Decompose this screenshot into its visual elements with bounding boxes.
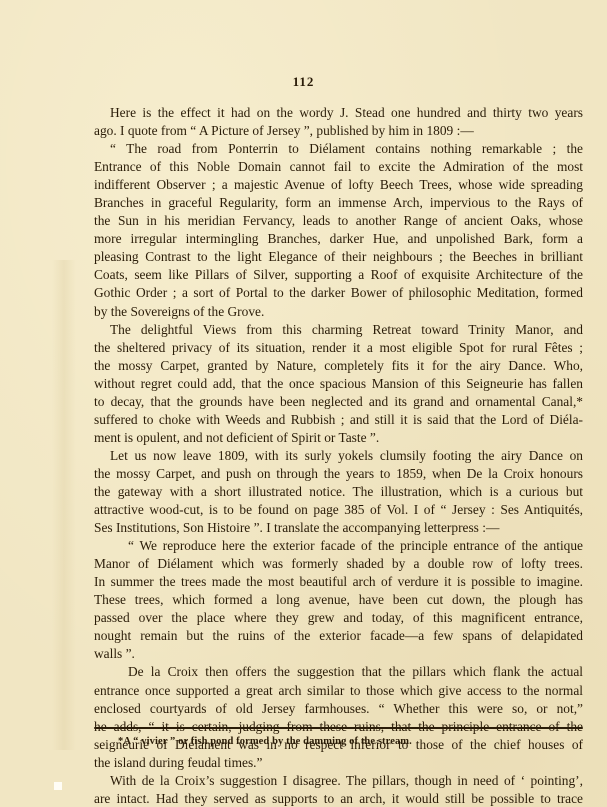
footnote-divider [94,727,583,729]
page-number: 112 [0,74,607,90]
text-line: walls ”. [94,645,583,663]
text-line: the mossy Carpet, granted by Nature, com… [94,357,583,375]
text-line: “ We reproduce here the exterior facade … [94,537,583,555]
text-line: indifferent Observer ; a majestic Avenue… [94,176,583,194]
text-line: Coats, seem like Pillars of Silver, supp… [94,266,583,284]
text-line: to decay, that the grounds have been neg… [94,393,583,411]
scan-marker [54,782,62,790]
text-line: entrance once supported a great arch sim… [94,682,583,700]
paragraph: Here is the effect it had on the wordy J… [94,104,583,140]
paragraph: With de la Croix’s suggestion I disagree… [94,772,583,807]
paragraph: The delightful Views from this charming … [94,321,583,447]
block-quote: “ We reproduce here the exterior facade … [94,537,583,663]
text-line: nought remain but the ruins of the exter… [94,627,583,645]
text-line: “ The road from Ponterrin to Diélament c… [94,140,583,158]
text-line: Let us now leave 1809, with its surly yo… [94,447,583,465]
page-gutter-shadow [52,260,76,750]
text-line: In summer the trees made the most beauti… [94,573,583,591]
text-line: the mossy Carpet, and push on through th… [94,465,583,483]
text-line: These trees, which formed a long avenue,… [94,591,583,609]
text-line: without regret could add, that the once … [94,375,583,393]
text-line: pleasing Contrast to the light Elegance … [94,248,583,266]
footnote: *A “ vivier ” or fish pond formed by the… [118,736,412,747]
text-line: De la Croix then offers the suggestion t… [94,663,583,681]
book-page: 112 Here is the effect it had on the wor… [0,0,607,807]
paragraph: Let us now leave 1809, with its surly yo… [94,447,583,537]
text-line: more irregular intermingling Branches, d… [94,230,583,248]
text-line: Branches in graceful Regularity, form an… [94,194,583,212]
text-line: the Sun in his meridian Fervancy, leads … [94,212,583,230]
text-line: ago. I quote from “ A Picture of Jersey … [94,122,583,140]
text-line: enclosed courtyards of old Jersey farmho… [94,700,583,718]
text-line: by the Sovereigns of the Grove. [94,303,583,321]
text-line: passed over the place where they grew an… [94,609,583,627]
paragraph: De la Croix then offers the suggestion t… [94,663,583,771]
text-line: Entrance of this Noble Domain cannot fai… [94,158,583,176]
text-line: the island during feudal times.” [94,754,583,772]
text-line: attractive wood-cut, is to be found on p… [94,501,583,519]
text-line: Here is the effect it had on the wordy J… [94,104,583,122]
text-line: the sheltered privacy of its situation, … [94,339,583,357]
text-line: Gothic Order ; a sort of Portal to the d… [94,284,583,302]
text-line: With de la Croix’s suggestion I disagree… [94,772,583,790]
text-line: Ses Institutions, Son Histoire ”. I tran… [94,519,583,537]
text-line: are intact. Had they served as supports … [94,790,583,807]
text-line: the gateway with a short illustrated not… [94,483,583,501]
text-line: ment is opulent, and not deficient of Sp… [94,429,583,447]
text-line: Manor of Diélament which was formerly sh… [94,555,583,573]
paragraph: “ The road from Ponterrin to Diélament c… [94,140,583,320]
text-line: The delightful Views from this charming … [94,321,583,339]
text-line: suffered to choke with Weeds and Rubbish… [94,411,583,429]
body-text: Here is the effect it had on the wordy J… [94,104,583,807]
